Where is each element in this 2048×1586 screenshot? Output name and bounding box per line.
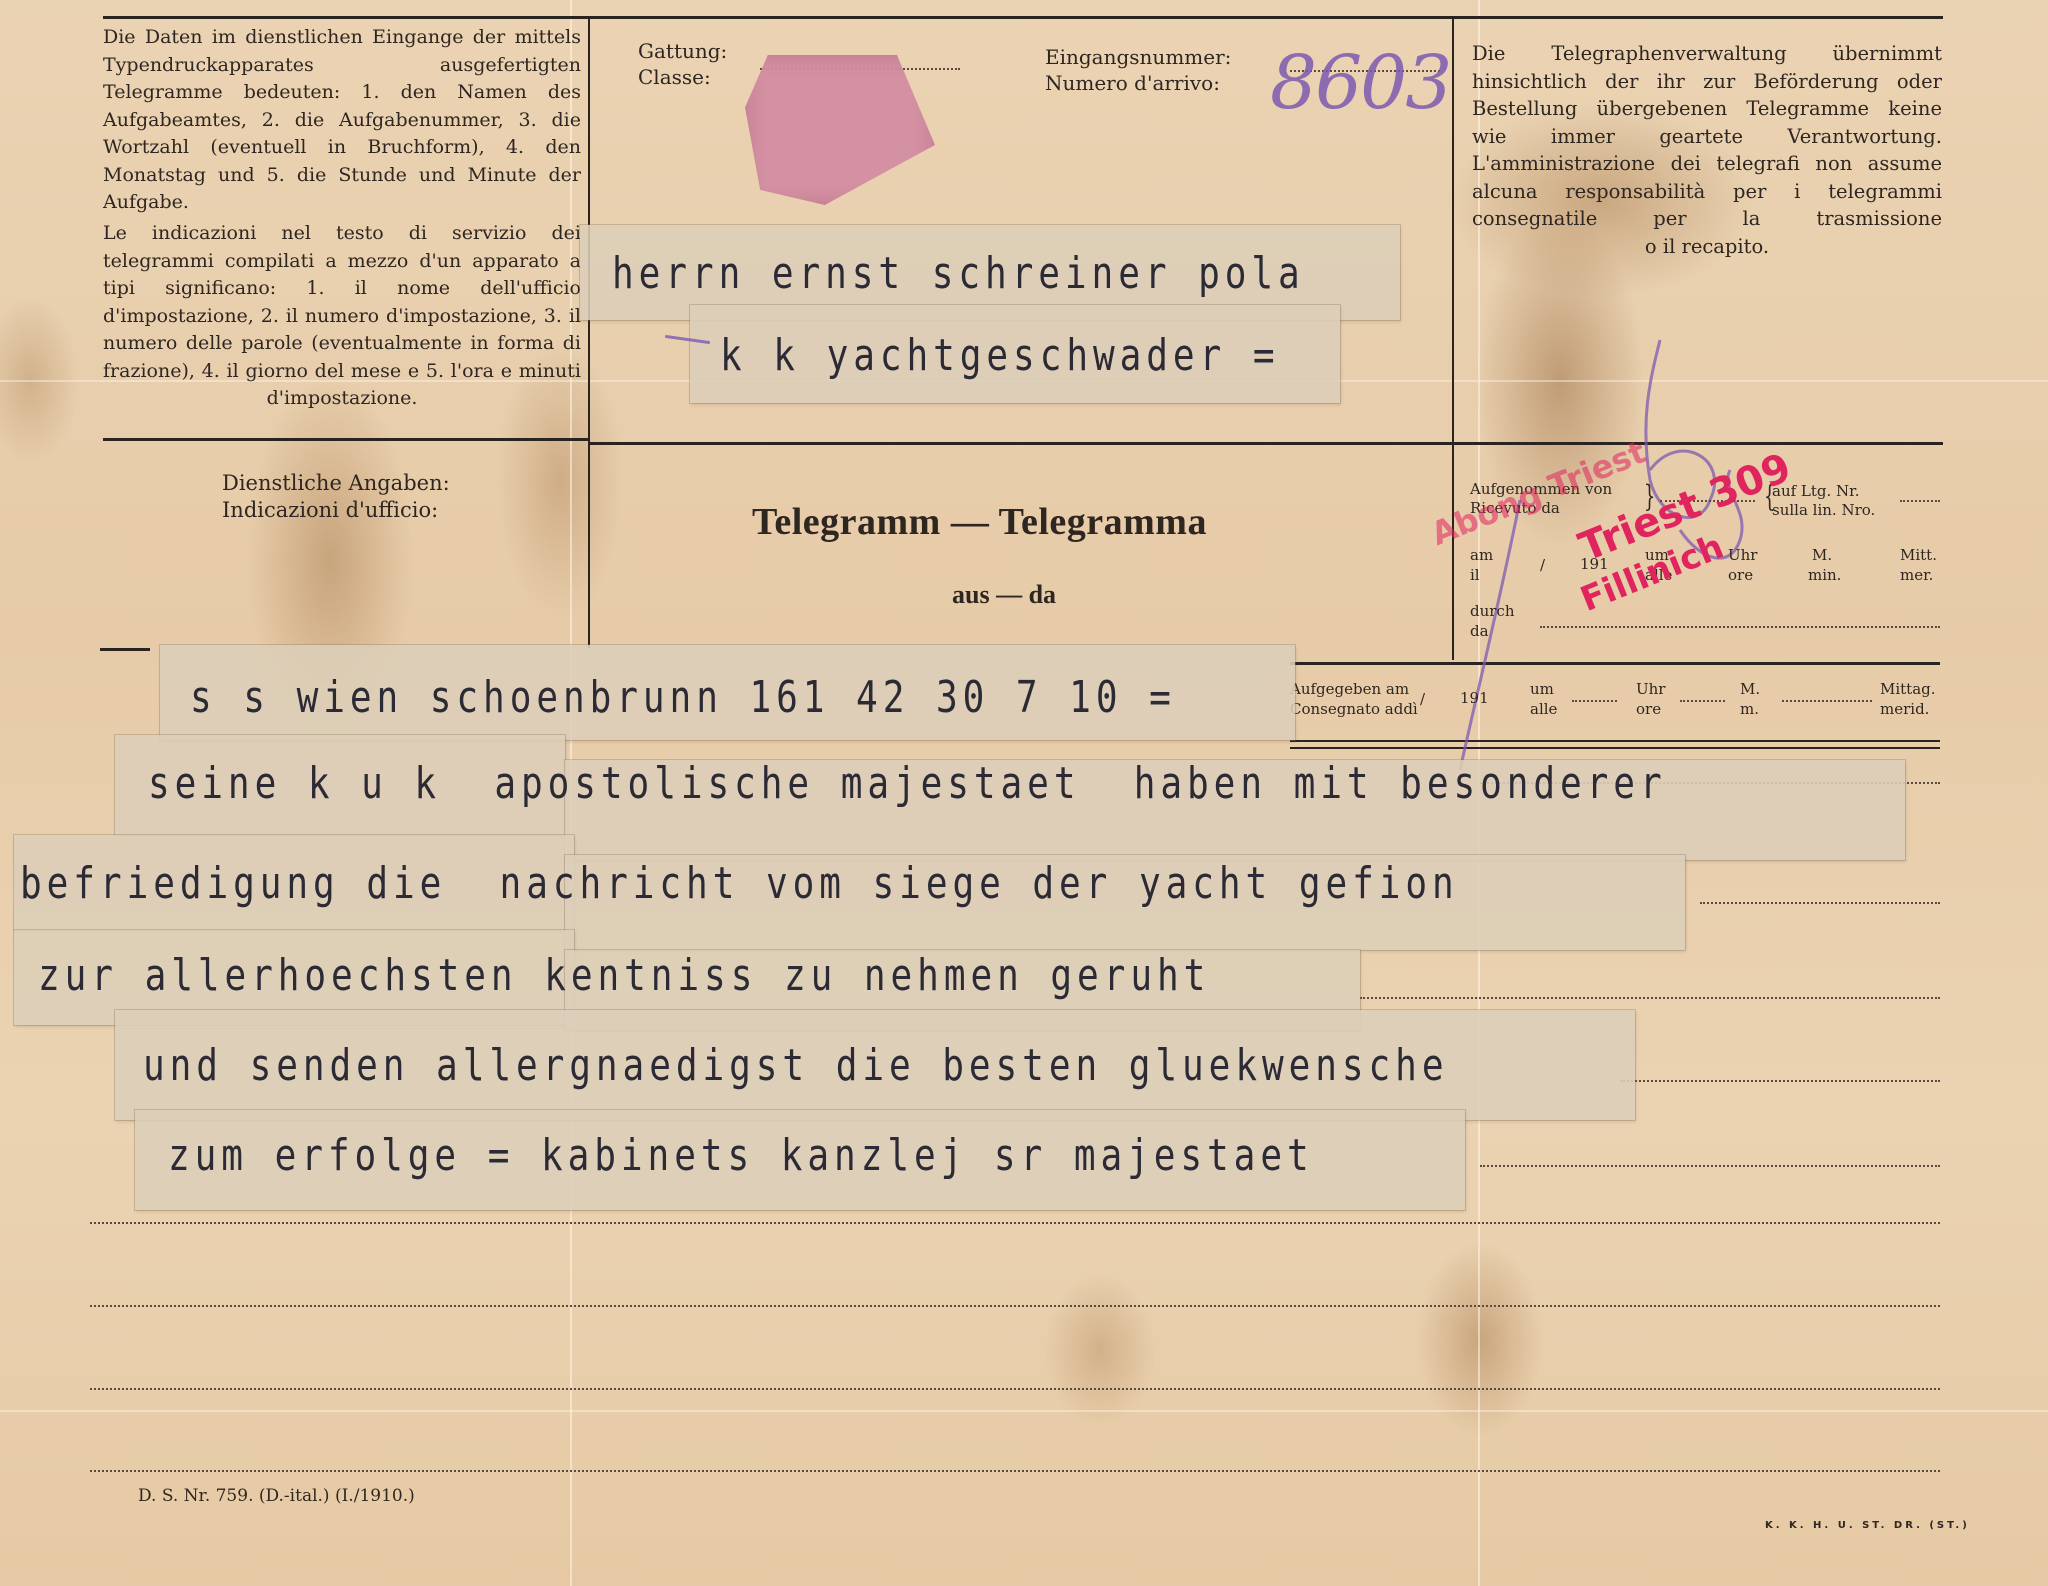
message-line (1480, 1165, 1940, 1167)
sent-mittag-label: Mittag. (1880, 680, 1936, 699)
min-label: min. (1808, 566, 1841, 585)
message-line (1700, 902, 1940, 904)
message-line-1: seine k u k apostolische majestaet haben… (148, 758, 1667, 809)
form-number: D. S. Nr. 759. (D.-ital.) (I./1910.) (138, 1486, 415, 1506)
address-line-1: herrn ernst schreiner pola (612, 248, 1305, 299)
am-label: am (1470, 546, 1493, 565)
page-title: Telegramm — Telegramma (752, 500, 1207, 544)
sent-year: 191 (1460, 689, 1489, 708)
sent-uhr-field[interactable] (1680, 700, 1725, 702)
notice-german: Die Daten im dienstlichen Eingange der m… (103, 24, 581, 217)
message-line-4: und senden allergnaedigst die besten glu… (143, 1040, 1448, 1091)
liability-notice-german: Die Telegraphenverwaltung übernimmt hins… (1472, 40, 1942, 150)
durch-label: durch (1470, 602, 1515, 621)
printer-imprint: K. K. H. U. ST. DR. (ST.) (1765, 1520, 1970, 1531)
date-separator: / (1420, 690, 1425, 709)
message-line (1620, 1080, 1940, 1082)
uhr-label: Uhr (1728, 546, 1757, 565)
linea-field[interactable] (1900, 500, 1940, 502)
gattung-label: Gattung: (638, 38, 727, 64)
message-line (90, 1470, 1940, 1472)
sent-alle-label: alle (1530, 700, 1557, 719)
da-label: da (1470, 622, 1489, 641)
eingangsnummer-label: Eingangsnummer: (1045, 44, 1231, 70)
sent-min-field[interactable] (1782, 700, 1872, 702)
classe-label: Classe: (638, 64, 711, 90)
body-rule-stub (100, 648, 150, 651)
message-line (90, 1222, 1940, 1224)
sent-merid-label: merid. (1880, 700, 1929, 719)
top-rule (103, 16, 1943, 19)
notice-italian-last: d'impostazione. (103, 385, 581, 413)
origin-line: s s wien schoenbrunn 161 42 30 7 10 = (190, 672, 1176, 723)
message-line (1360, 997, 1940, 999)
sent-min-label: m. (1740, 700, 1759, 719)
notice-italian-body: Le indicazioni nel testo di servizio dei… (103, 222, 581, 382)
linea-label: sulla lin. Nro. (1772, 501, 1875, 520)
liability-notice-italian-body: L'amministrazione dei telegrafi non assu… (1472, 152, 1942, 230)
sent-ore-label: ore (1636, 700, 1661, 719)
liability-notice-italian: L'amministrazione dei telegrafi non assu… (1472, 150, 1942, 260)
m-label: M. (1812, 546, 1832, 565)
fold-line (0, 1410, 2048, 1412)
mitt-label: Mitt. (1900, 546, 1937, 565)
date-separator: / (1540, 556, 1545, 575)
ore-label: ore (1728, 566, 1753, 585)
header-rule-left (103, 438, 588, 441)
message-line (90, 1388, 1940, 1390)
sent-um-label: um (1530, 680, 1554, 699)
eingangsnummer-handwritten: 8603 (1270, 40, 1450, 126)
sent-hour-field[interactable] (1572, 700, 1617, 702)
dienstliche-angaben-label: Dienstliche Angaben: (222, 470, 450, 496)
vertical-divider-left (588, 18, 590, 648)
sent-uhr-label: Uhr (1636, 680, 1665, 699)
message-line-3: zur allerhoechsten kentniss zu nehmen ge… (38, 950, 1210, 1001)
message-line-2: befriedigung die nachricht vom siege der… (20, 858, 1459, 909)
mer-label: mer. (1900, 566, 1933, 585)
message-line-5: zum erfolge = kabinets kanzlej sr majest… (168, 1130, 1314, 1181)
aufgegeben-label: Aufgegeben am (1290, 680, 1409, 699)
consegnato-label: Consegnato addì (1290, 700, 1418, 719)
indicazioni-ufficio-label: Indicazioni d'ufficio: (222, 497, 438, 523)
notice-italian: Le indicazioni nel testo di servizio dei… (103, 220, 581, 413)
durch-field[interactable] (1540, 626, 1940, 628)
address-line-2: k k yachtgeschwader = (720, 330, 1279, 381)
numero-arrivo-label: Numero d'arrivo: (1045, 70, 1220, 96)
sent-m-label: M. (1740, 680, 1760, 699)
message-line (90, 1305, 1940, 1307)
liability-notice-italian-last: o il recapito. (1472, 233, 1942, 261)
page-subtitle: aus — da (952, 580, 1056, 610)
il-label: il (1470, 566, 1480, 585)
